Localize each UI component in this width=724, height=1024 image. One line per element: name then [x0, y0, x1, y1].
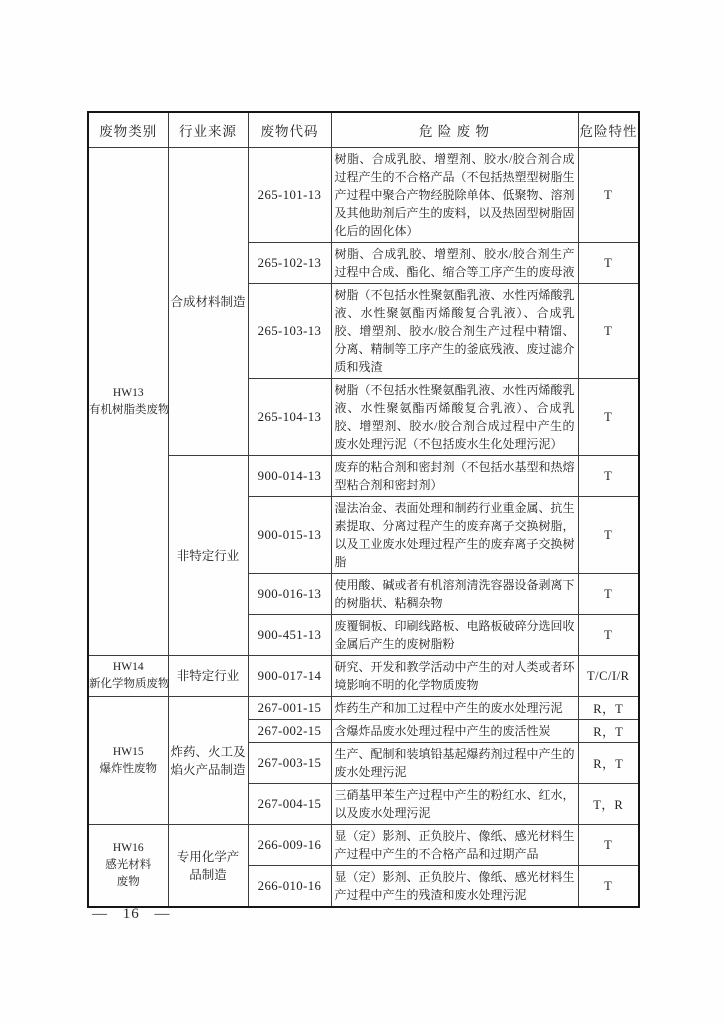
page-number: — 16 — [92, 906, 171, 923]
hazardous-waste-desc-cell: 生产、配制和装填铅基起爆药剂过程中产生的废水处理污泥 [331, 743, 578, 784]
cell-line: 品制造 [169, 866, 248, 884]
hazard-traits-cell: T [578, 148, 639, 243]
cell-line: 废物 [89, 874, 168, 891]
cell-line: HW16 [89, 840, 168, 857]
hazard-traits-cell: T [578, 497, 639, 574]
cell-line: 有机树脂类废物 [89, 402, 168, 419]
table-header-row: 废物类别 行业来源 废物代码 危 险 废 物 危险特性 [88, 112, 639, 148]
hazardous-waste-desc-cell: 显（定）影剂、正负胶片、像纸、感光材料生产过程中产生的不合格产品和过期产品 [331, 825, 578, 866]
hazardous-waste-desc-cell: 树脂、合成乳胶、增塑剂、胶水/胶合剂生产过程中合成、酯化、缩合等工序产生的废母液 [331, 243, 578, 284]
hazardous-waste-desc-cell: 废弃的粘合剂和密封剂（不包括水基型和热熔型粘合剂和密封剂） [331, 456, 578, 497]
waste-category-cell: HW14新化学物质废物 [88, 656, 168, 697]
hazard-traits-cell: T [578, 825, 639, 866]
cell-line: 新化学物质废物 [89, 676, 168, 693]
hazard-traits-cell: R，T [578, 743, 639, 784]
waste-code-cell: 267-004-15 [248, 784, 331, 825]
cell-line: 非特定行业 [169, 667, 248, 685]
industry-source-cell: 专用化学产品制造 [168, 825, 248, 908]
waste-code-cell: 265-102-13 [248, 243, 331, 284]
hazardous-waste-desc-cell: 含爆炸品废水处理过程中产生的废活性炭 [331, 720, 578, 743]
table-row: HW14新化学物质废物非特定行业900-017-14研究、开发和教学活动中产生的… [88, 656, 639, 697]
waste-code-cell: 267-001-15 [248, 697, 331, 720]
cell-line: HW15 [89, 744, 168, 761]
hazardous-waste-desc-cell: 树脂、合成乳胶、增塑剂、胶水/胶合剂合成过程产生的不合格产品（不包括热塑型树脂生… [331, 148, 578, 243]
table-row: HW16感光材料废物专用化学产品制造266-009-16显（定）影剂、正负胶片、… [88, 825, 639, 866]
cell-line: HW14 [89, 659, 168, 676]
hazardous-waste-desc-cell: 湿法冶金、表面处理和制药行业重金属、抗生素提取、分离过程产生的废弃离子交换树脂，… [331, 497, 578, 574]
industry-source-cell: 炸药、火工及焰火产品制造 [168, 697, 248, 825]
hazard-traits-cell: T/C/I/R [578, 656, 639, 697]
hazardous-waste-desc-cell: 使用酸、碱或者有机溶剂清洗容器设备剥离下的树脂状、粘稠杂物 [331, 574, 578, 615]
hazardous-waste-table: 废物类别 行业来源 废物代码 危 险 废 物 危险特性 HW13有机树脂类废物合… [87, 111, 640, 908]
table-row: HW15爆炸性废物炸药、火工及焰火产品制造267-001-15炸药生产和加工过程… [88, 697, 639, 720]
waste-code-cell: 900-451-13 [248, 615, 331, 656]
table-body: HW13有机树脂类废物合成材料制造265-101-13树脂、合成乳胶、增塑剂、胶… [88, 148, 639, 908]
cell-line: 炸药、火工及 [169, 743, 248, 761]
hazardous-waste-desc-cell: 显（定）影剂、正负胶片、像纸、感光材料生产过程中产生的残渣和废水处理污泥 [331, 866, 578, 908]
waste-code-cell: 267-002-15 [248, 720, 331, 743]
table-row: 非特定行业900-014-13废弃的粘合剂和密封剂（不包括水基型和热熔型粘合剂和… [88, 456, 639, 497]
waste-code-cell: 900-016-13 [248, 574, 331, 615]
waste-code-cell: 900-015-13 [248, 497, 331, 574]
waste-code-cell: 267-003-15 [248, 743, 331, 784]
hazard-traits-cell: T [578, 615, 639, 656]
hazardous-waste-desc-cell: 三硝基甲苯生产过程中产生的粉红水、红水，以及废水处理污泥 [331, 784, 578, 825]
waste-category-cell: HW16感光材料废物 [88, 825, 168, 908]
document-page: 废物类别 行业来源 废物代码 危 险 废 物 危险特性 HW13有机树脂类废物合… [0, 0, 724, 1024]
hazard-traits-cell: T [578, 866, 639, 908]
industry-source-cell: 非特定行业 [168, 456, 248, 656]
cell-line: 合成材料制造 [169, 293, 248, 311]
industry-source-cell: 非特定行业 [168, 656, 248, 697]
header-waste-code: 废物代码 [248, 112, 331, 148]
cell-line: 非特定行业 [169, 547, 248, 565]
waste-code-cell: 265-101-13 [248, 148, 331, 243]
header-industry-source: 行业来源 [168, 112, 248, 148]
cell-line: 专用化学产 [169, 848, 248, 866]
waste-category-cell: HW13有机树脂类废物 [88, 148, 168, 656]
cell-line: 感光材料 [89, 857, 168, 874]
industry-source-cell: 合成材料制造 [168, 148, 248, 456]
header-hazardous-waste: 危 险 废 物 [331, 112, 578, 148]
waste-category-cell: HW15爆炸性废物 [88, 697, 168, 825]
waste-code-cell: 266-009-16 [248, 825, 331, 866]
hazardous-waste-desc-cell: 废覆铜板、印刷线路板、电路板破碎分选回收金属后产生的废树脂粉 [331, 615, 578, 656]
waste-code-cell: 900-017-14 [248, 656, 331, 697]
hazardous-waste-desc-cell: 树脂（不包括水性聚氨酯乳液、水性丙烯酸乳液、水性聚氨酯丙烯酸复合乳液）、合成乳胶… [331, 379, 578, 456]
waste-code-cell: 265-104-13 [248, 379, 331, 456]
hazardous-waste-desc-cell: 树脂（不包括水性聚氨酯乳液、水性丙烯酸乳液、水性聚氨酯丙烯酸复合乳液）、合成乳胶… [331, 284, 578, 379]
hazard-traits-cell: T [578, 456, 639, 497]
hazard-traits-cell: R，T [578, 720, 639, 743]
hazard-traits-cell: T [578, 379, 639, 456]
hazard-traits-cell: T [578, 574, 639, 615]
cell-line: 爆炸性废物 [89, 761, 168, 778]
waste-code-cell: 265-103-13 [248, 284, 331, 379]
hazard-traits-cell: T [578, 284, 639, 379]
cell-line: 焰火产品制造 [169, 761, 248, 779]
hazard-traits-cell: T，R [578, 784, 639, 825]
waste-code-cell: 900-014-13 [248, 456, 331, 497]
header-waste-category: 废物类别 [88, 112, 168, 148]
hazardous-waste-desc-cell: 炸药生产和加工过程中产生的废水处理污泥 [331, 697, 578, 720]
table-row: HW13有机树脂类废物合成材料制造265-101-13树脂、合成乳胶、增塑剂、胶… [88, 148, 639, 243]
header-hazard-traits: 危险特性 [578, 112, 639, 148]
hazard-traits-cell: R，T [578, 697, 639, 720]
waste-code-cell: 266-010-16 [248, 866, 331, 908]
cell-line: HW13 [89, 385, 168, 402]
hazard-traits-cell: T [578, 243, 639, 284]
hazardous-waste-desc-cell: 研究、开发和教学活动中产生的对人类或者环境影响不明的化学物质废物 [331, 656, 578, 697]
